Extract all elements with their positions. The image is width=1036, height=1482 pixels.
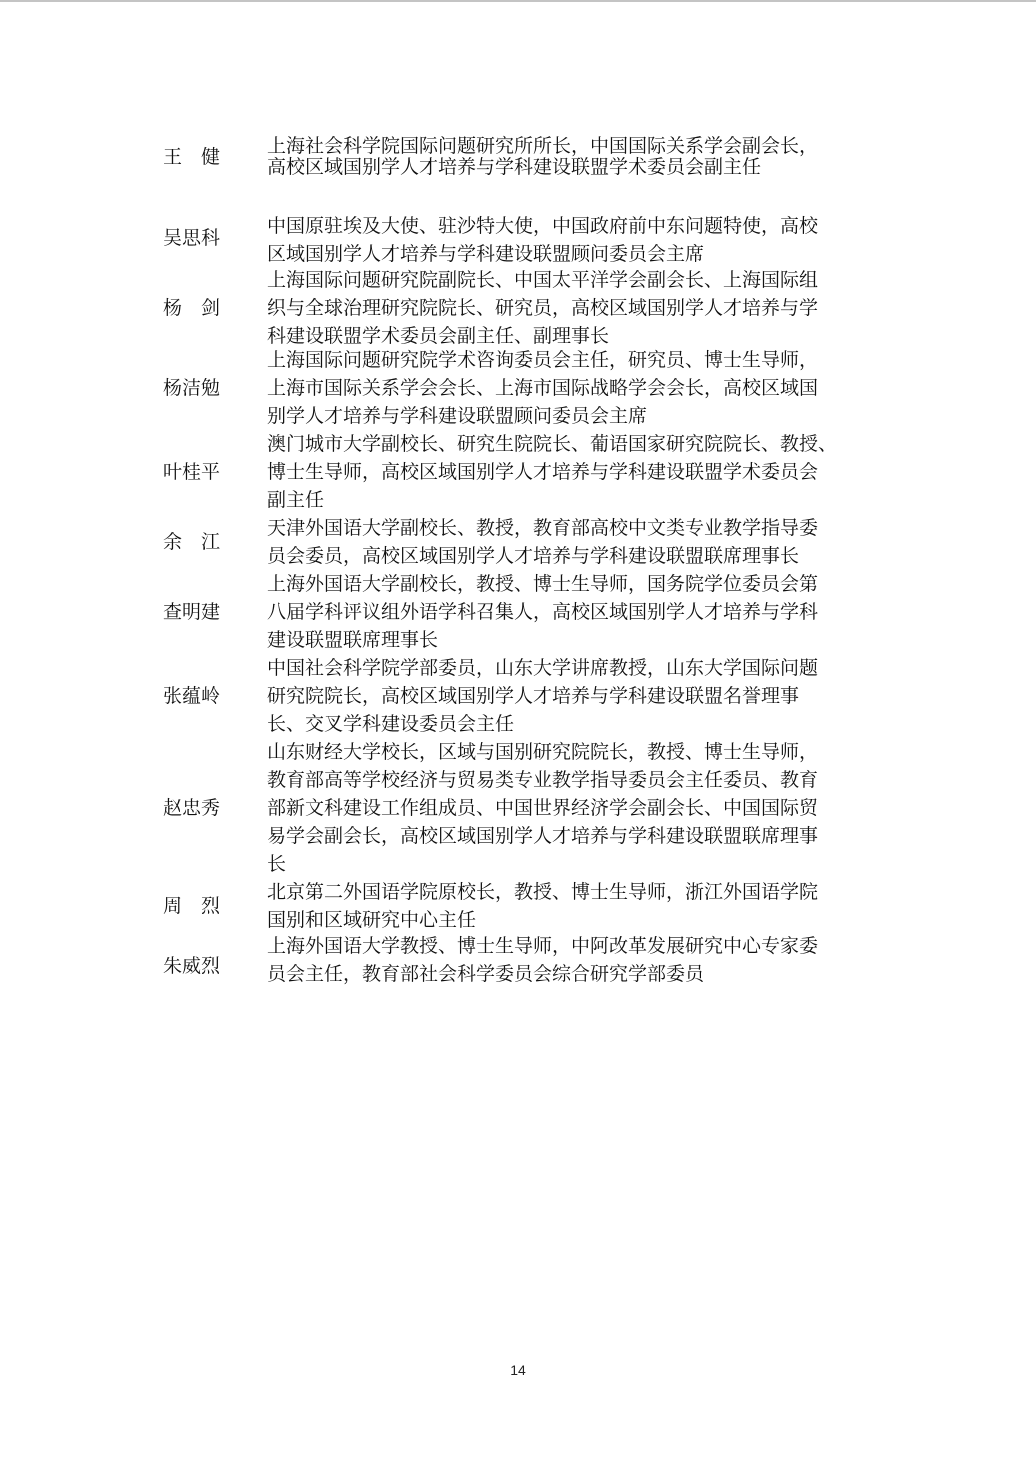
description-line: 上海市国际关系学会会长、上海市国际战略学会会长，高校区域国	[267, 374, 887, 402]
description-line: 部新文科建设工作组成员、中国世界经济学会副会长、中国国际贸	[267, 794, 887, 822]
member-name: 赵忠秀	[163, 794, 243, 822]
description-line: 天津外国语大学副校长、教授，教育部高校中文类专业教学指导委	[267, 514, 887, 542]
member-description: 上海外国语大学教授、博士生导师，中阿改革发展研究中心专家委 员会主任，教育部社会…	[267, 932, 887, 988]
description-line: 高校区域国别学人才培养与学科建设联盟学术委员会副主任	[267, 157, 887, 178]
member-name: 叶桂平	[163, 458, 243, 486]
member-description: 北京第二外国语学院原校长，教授、博士生导师，浙江外国语学院 国别和区域研究中心主…	[267, 878, 887, 934]
page-number: 14	[0, 1362, 1036, 1378]
description-line: 中国社会科学院学部委员，山东大学讲席教授，山东大学国际问题	[267, 654, 887, 682]
description-line: 易学会副会长，高校区域国别学人才培养与学科建设联盟联席理事	[267, 822, 887, 850]
description-line: 八届学科评议组外语学科召集人，高校区域国别学人才培养与学科	[267, 598, 887, 626]
member-description: 中国社会科学院学部委员，山东大学讲席教授，山东大学国际问题 研究院院长，高校区域…	[267, 654, 887, 738]
description-line: 长	[267, 850, 887, 878]
description-line: 副主任	[267, 486, 887, 514]
member-description: 山东财经大学校长，区域与国别研究院院长，教授、博士生导师， 教育部高等学校经济与…	[267, 738, 887, 878]
member-name: 杨 剑	[163, 294, 243, 322]
member-description: 天津外国语大学副校长、教授，教育部高校中文类专业教学指导委 员会委员，高校区域国…	[267, 514, 887, 570]
member-name: 周 烈	[163, 892, 243, 920]
member-name: 张蕴岭	[163, 682, 243, 710]
member-description: 上海国际问题研究院学术咨询委员会主任，研究员、博士生导师， 上海市国际关系学会会…	[267, 346, 887, 430]
description-line: 上海国际问题研究院学术咨询委员会主任，研究员、博士生导师，	[267, 346, 887, 374]
description-line: 博士生导师，高校区域国别学人才培养与学科建设联盟学术委员会	[267, 458, 887, 486]
member-description: 上海社会科学院国际问题研究所所长，中国国际关系学会副会长， 高校区域国别学人才培…	[267, 136, 887, 178]
description-line: 员会委员，高校区域国别学人才培养与学科建设联盟联席理事长	[267, 542, 887, 570]
member-name: 查明建	[163, 598, 243, 626]
description-line: 上海社会科学院国际问题研究所所长，中国国际关系学会副会长，	[267, 136, 887, 157]
description-line: 上海外国语大学教授、博士生导师，中阿改革发展研究中心专家委	[267, 932, 887, 960]
member-name: 余 江	[163, 528, 243, 556]
member-name: 吴思科	[163, 224, 243, 252]
description-line: 澳门城市大学副校长、研究生院院长、葡语国家研究院院长、教授、	[267, 430, 887, 458]
member-name: 朱威烈	[163, 952, 243, 980]
description-line: 员会主任，教育部社会科学委员会综合研究学部委员	[267, 960, 887, 988]
description-line: 上海外国语大学副校长，教授、博士生导师，国务院学位委员会第	[267, 570, 887, 598]
member-description: 中国原驻埃及大使、驻沙特大使，中国政府前中东问题特使，高校 区域国别学人才培养与…	[267, 212, 887, 268]
page-top-border	[0, 0, 1036, 2]
description-line: 国别和区域研究中心主任	[267, 906, 887, 934]
description-line: 研究院院长，高校区域国别学人才培养与学科建设联盟名誉理事	[267, 682, 887, 710]
member-description: 上海国际问题研究院副院长、中国太平洋学会副会长、上海国际组 织与全球治理研究院院…	[267, 266, 887, 350]
description-line: 别学人才培养与学科建设联盟顾问委员会主席	[267, 402, 887, 430]
description-line: 山东财经大学校长，区域与国别研究院院长，教授、博士生导师，	[267, 738, 887, 766]
member-description: 上海外国语大学副校长，教授、博士生导师，国务院学位委员会第 八届学科评议组外语学…	[267, 570, 887, 654]
description-line: 长、交叉学科建设委员会主任	[267, 710, 887, 738]
description-line: 教育部高等学校经济与贸易类专业教学指导委员会主任委员、教育	[267, 766, 887, 794]
member-name: 王 健	[163, 147, 243, 168]
description-line: 织与全球治理研究院院长、研究员，高校区域国别学人才培养与学	[267, 294, 887, 322]
description-line: 建设联盟联席理事长	[267, 626, 887, 654]
description-line: 区域国别学人才培养与学科建设联盟顾问委员会主席	[267, 240, 887, 268]
member-description: 澳门城市大学副校长、研究生院院长、葡语国家研究院院长、教授、 博士生导师，高校区…	[267, 430, 887, 514]
description-line: 上海国际问题研究院副院长、中国太平洋学会副会长、上海国际组	[267, 266, 887, 294]
member-name: 杨洁勉	[163, 374, 243, 402]
description-line: 中国原驻埃及大使、驻沙特大使，中国政府前中东问题特使，高校	[267, 212, 887, 240]
description-line: 北京第二外国语学院原校长，教授、博士生导师，浙江外国语学院	[267, 878, 887, 906]
